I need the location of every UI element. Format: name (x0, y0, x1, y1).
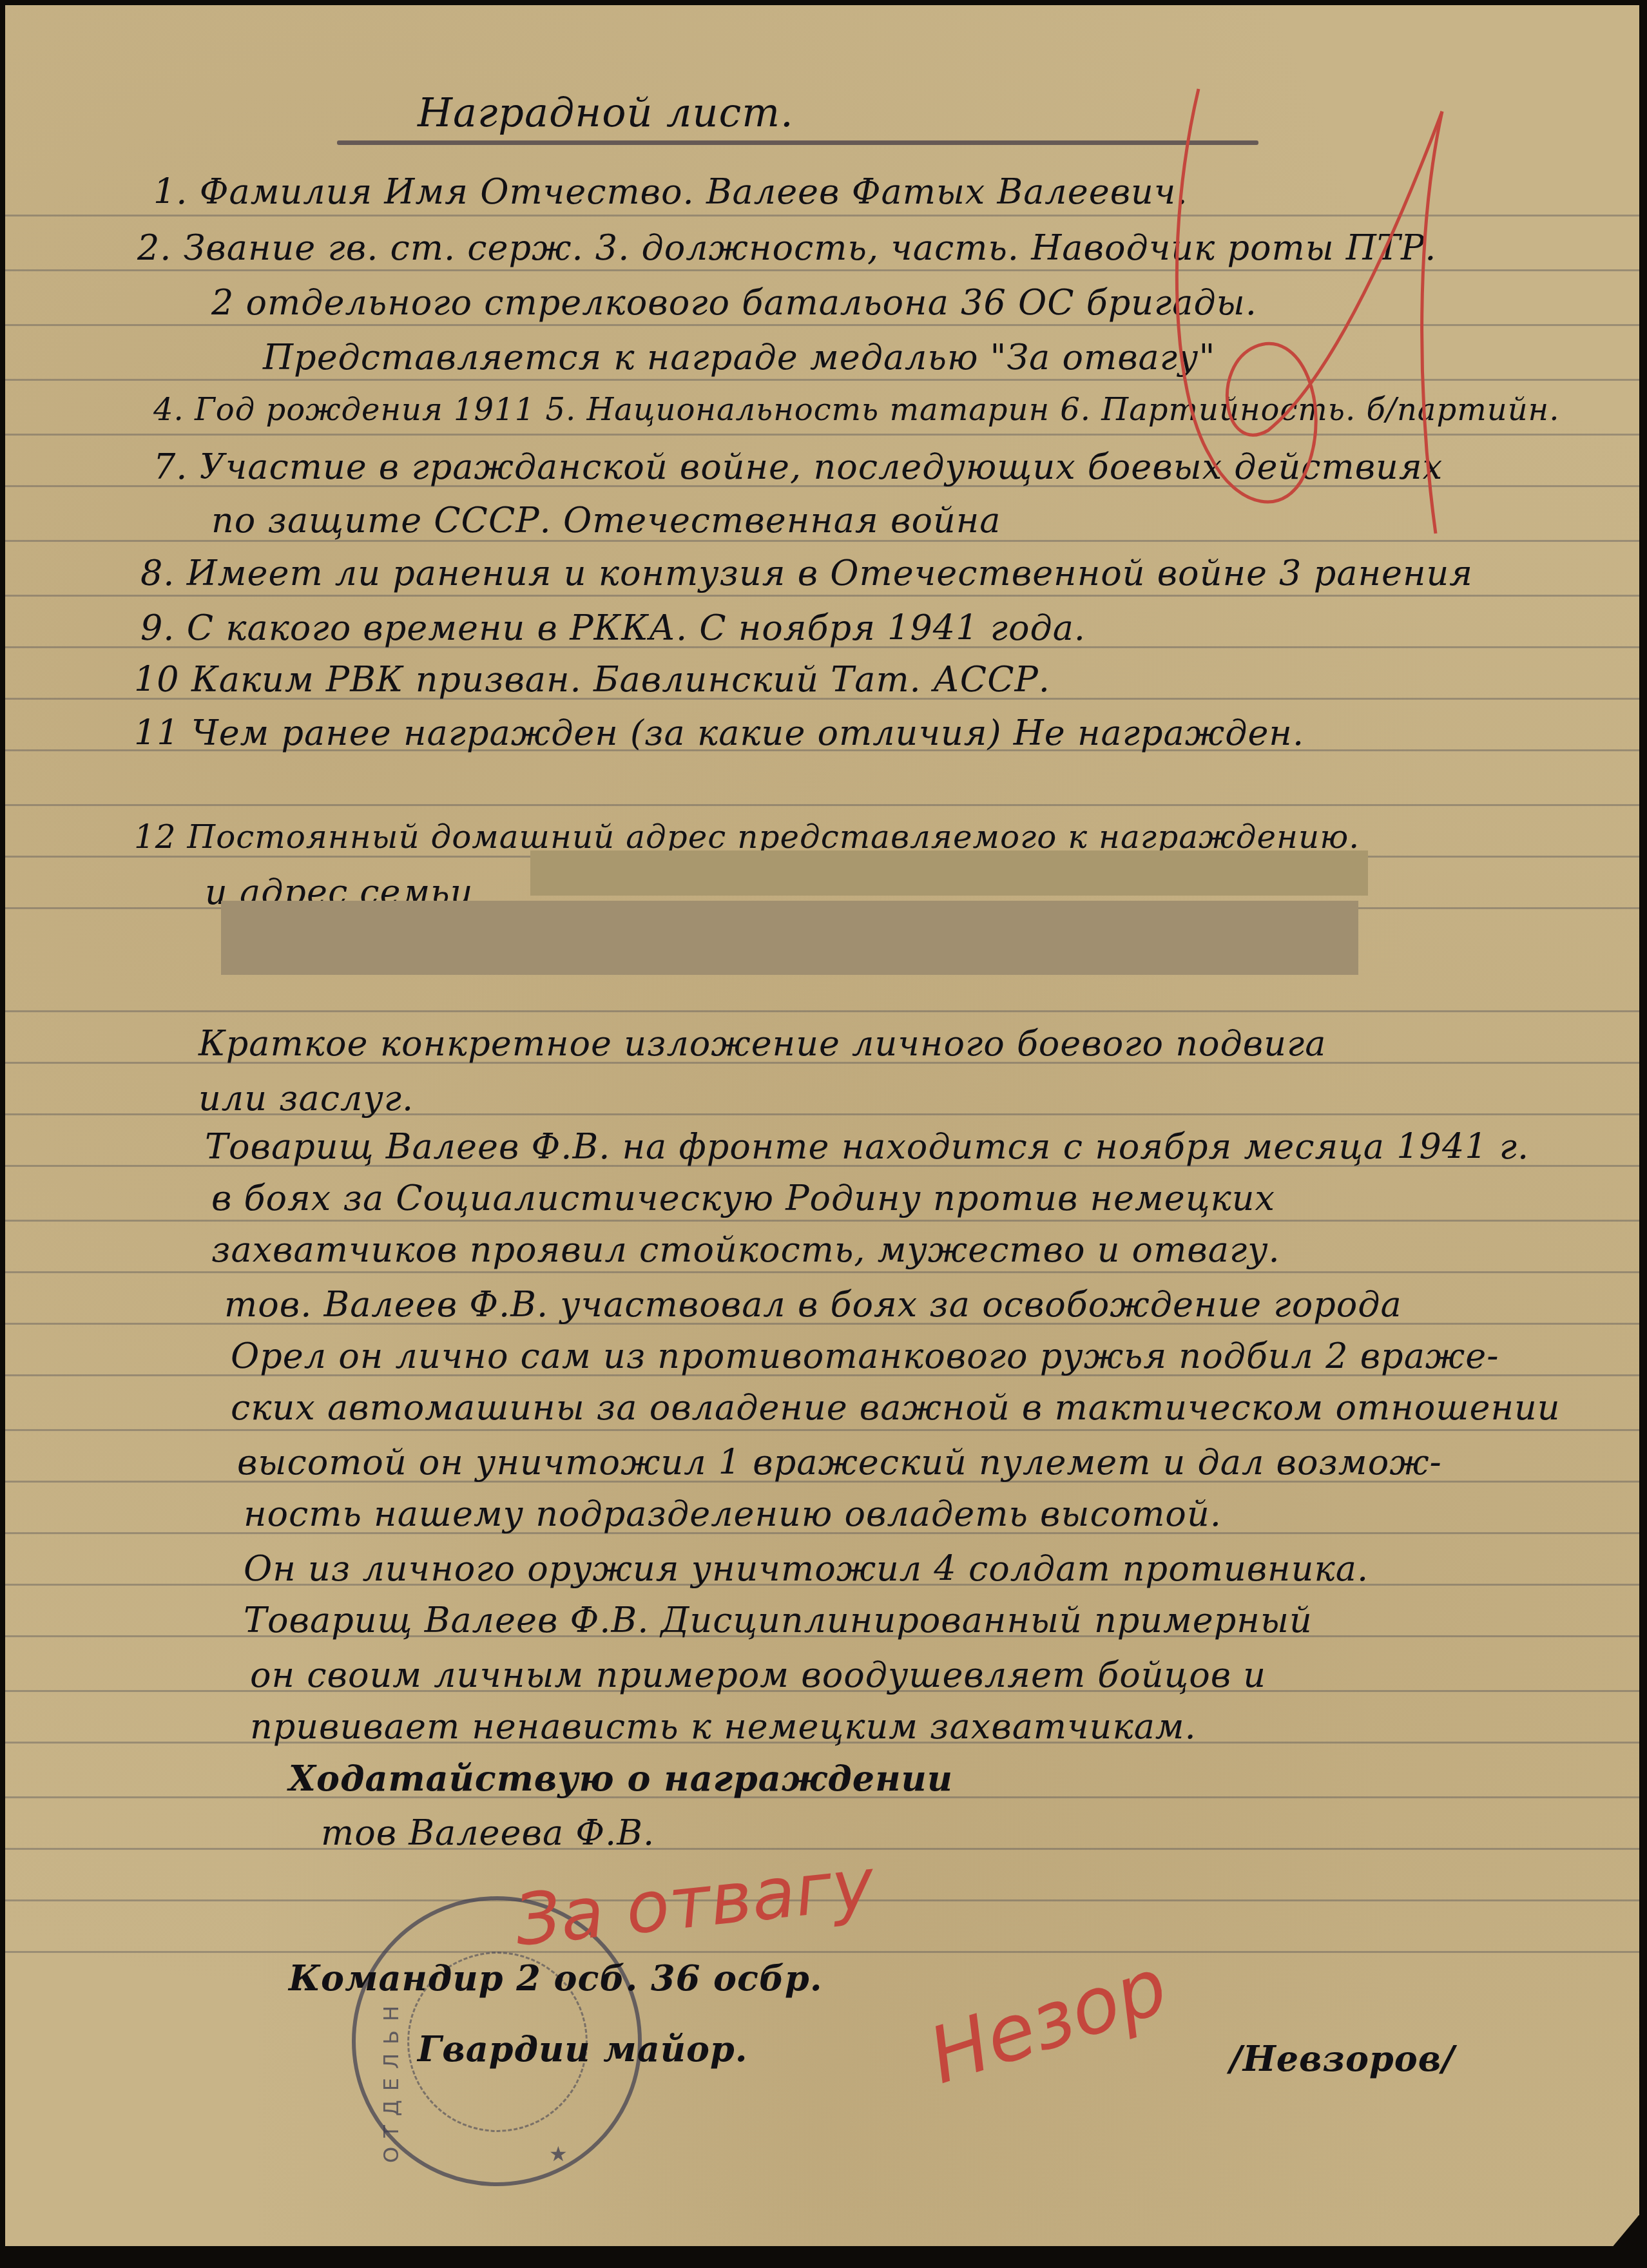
field-1: 1. Фамилия Имя Отчество. Валеев Фатых Ва… (153, 171, 1188, 212)
award-sheet: Наградной лист. 1. Фамилия Имя Отчество.… (5, 5, 1639, 2246)
narrative-heading: Краткое конкретное изложение личного бое… (198, 1023, 1326, 1064)
field-number: 10 (134, 659, 180, 700)
field-label: Каким РВК призван. (191, 659, 582, 700)
field-11: 11 Чем ранее награжден (за какие отличия… (134, 713, 1304, 753)
stamp-text: ОТДЕЛЬН (379, 1997, 403, 2163)
field-label: 5. Национальность (545, 392, 879, 428)
field-label: Представляется к награде (263, 337, 798, 378)
petition-line: тов Валеева Ф.В. (321, 1812, 655, 1853)
field-number: 9. (140, 608, 175, 648)
ruled-line (5, 804, 1639, 806)
field-9: 9. С какого времени в РККА. С ноября 194… (140, 608, 1086, 648)
field-10: 10 Каким РВК призван. Бавлинский Тат. АС… (134, 659, 1050, 700)
field-label: С какого времени в РККА. (187, 608, 688, 648)
field-label: Звание (184, 227, 316, 268)
field-value: Не награжден. (1014, 713, 1304, 753)
ruled-line (5, 1951, 1639, 1953)
redaction-block (530, 850, 1368, 896)
redaction-block (221, 901, 1358, 975)
narrative-line: захватчиков проявил стойкость, мужество … (211, 1229, 1280, 1270)
narrative-line: в боях за Социалистическую Родину против… (211, 1178, 1275, 1218)
field-label: по защите СССР. (211, 500, 552, 541)
field-label: Фамилия Имя Отчество. (200, 171, 695, 212)
narrative-heading: или заслуг. (198, 1078, 414, 1119)
narrative-line: высотой он уничтожил 1 вражеский пулемет… (237, 1442, 1442, 1483)
title-underline (337, 140, 1258, 145)
star-icon: ★ (549, 2142, 568, 2166)
field-value: 1911 (454, 392, 535, 428)
field-value: Валеев Фатых Валеевич. (706, 171, 1188, 212)
field-number: 12 (134, 818, 177, 856)
field-value: Бавлинский Тат. АССР. (593, 659, 1050, 700)
ruled-line (5, 1010, 1639, 1012)
narrative-line: Он из личного оружия уничтожил 4 солдат … (244, 1548, 1369, 1589)
field-value: татарин (890, 392, 1050, 428)
narrative-line: Орел он лично сам из противотанкового ру… (231, 1336, 1499, 1376)
red-signature-annotation: Незор (919, 1941, 1178, 2102)
ruled-line (5, 595, 1639, 597)
narrative-line: тов. Валеев Ф.В. участвовал в боях за ос… (224, 1284, 1402, 1325)
field-value: гв. ст. серж. (327, 227, 583, 268)
field-number: 4. (153, 392, 184, 428)
field-number: 11 (134, 713, 180, 753)
field-label: 3. должность, часть. (595, 227, 1019, 268)
field-label: Имеет ли ранения и контузия в Отечествен… (187, 553, 1267, 593)
commander-name: /Невзоров/ (1229, 2038, 1455, 2079)
narrative-line: он своим личным примером воодушевляет бо… (250, 1655, 1266, 1695)
field-number: 8. (140, 553, 175, 593)
red-resolution-annotation: За отвагу (511, 1842, 878, 1962)
narrative-line: ских автомашины за овладение важной в та… (231, 1387, 1561, 1428)
field-unit: 2 отдельного стрелкового батальона 36 ОС… (211, 282, 1257, 323)
narrative-line: Товарищ Валеев Ф.В. на фронте находится … (205, 1126, 1529, 1167)
field-7-cont: по защите СССР. Отечественная война (211, 500, 1001, 541)
ruled-line (5, 1271, 1639, 1273)
red-number-mark-icon (1139, 70, 1642, 572)
ruled-line (5, 1429, 1639, 1431)
field-label: Чем ранее награжден (за какие отличия) (191, 713, 1002, 753)
commander-position: Командир 2 осб. 36 осбр. (289, 1957, 822, 1999)
petition-line: Ходатайствую о награждении (289, 1758, 953, 1799)
field-number: 7. (153, 447, 188, 487)
field-value: 2 отдельного стрелкового батальона 36 ОС… (211, 282, 1257, 323)
field-award-type: Представляется к награде медалью "За отв… (263, 337, 1215, 378)
field-label: Год рождения (195, 392, 443, 428)
narrative-line: ность нашему подразделению овладеть высо… (244, 1494, 1222, 1534)
field-value: С ноября 1941 года. (699, 608, 1086, 648)
field-value: Отечественная война (563, 500, 1001, 541)
ruled-line (5, 1220, 1639, 1222)
narrative-line: Товарищ Валеев Ф.В. Дисциплинированный п… (244, 1600, 1313, 1640)
commander-rank: Гвардии майор. (418, 2028, 748, 2070)
field-number: 1. (153, 171, 188, 212)
field-number: 2. (137, 227, 172, 268)
narrative-line: прививает ненависть к немецким захватчик… (250, 1706, 1197, 1747)
document-title: Наградной лист. (418, 89, 794, 136)
